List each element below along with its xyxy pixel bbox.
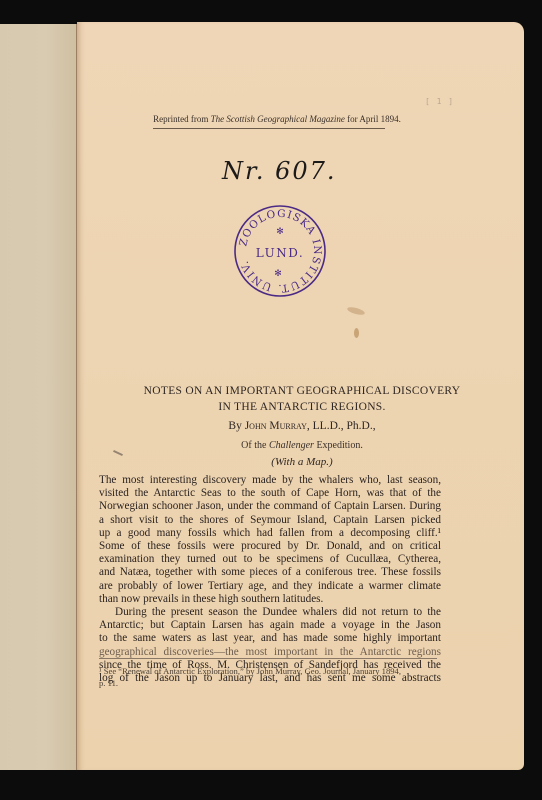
body-line: Antarctic; but Captain Larsen has again …: [99, 619, 441, 632]
body-line: up a good many fossils which had fallen …: [99, 527, 441, 540]
document-page: [ 1 ] Reprinted from The Scottish Geogra…: [77, 22, 524, 770]
body-line: Some of these fossils were procured by D…: [99, 540, 441, 553]
reprint-prefix: Reprinted from: [153, 114, 208, 124]
body-line: examination they turned out to be specim…: [99, 553, 441, 566]
affiliation-suffix: Expedition.: [316, 440, 362, 451]
title-line-2: IN THE ANTARCTIC REGIONS.: [97, 399, 507, 415]
author-byline: By John Murray, LL.D., Ph.D.,: [97, 420, 507, 432]
handwritten-accession-number: Nr. 607.: [222, 157, 337, 185]
with-map-text: (With a Map.): [271, 456, 332, 468]
body-line: to the same waters as last year, and has…: [99, 632, 441, 645]
author-name: John Murray: [245, 420, 307, 432]
body-line: are probably of lower Tertiary age, and …: [99, 580, 441, 593]
body-line: During the present season the Dundee wha…: [99, 606, 441, 619]
affiliation-ship: Challenger: [269, 440, 314, 451]
body-line: a short visit to the shores of Seymour I…: [99, 514, 441, 527]
body-line: than now prevails in these high southern…: [99, 593, 441, 606]
article-title: NOTES ON AN IMPORTANT GEOGRAPHICAL DISCO…: [97, 383, 507, 415]
body-line: geographical discoveries—the most import…: [99, 646, 441, 659]
svg-text:✻: ✻: [276, 227, 284, 237]
body-line: visited the Antarctic Seas to the south …: [99, 487, 441, 500]
body-line: The most interesting discovery made by t…: [99, 474, 441, 487]
paper-stain: [347, 306, 366, 316]
title-line-1: NOTES ON AN IMPORTANT GEOGRAPHICAL DISCO…: [97, 383, 507, 399]
footnote-line-2: p. 11.: [99, 677, 441, 689]
byline-by: By: [228, 420, 241, 432]
reprint-suffix: for April 1894.: [347, 114, 401, 124]
with-map-note: (With a Map.): [97, 456, 507, 468]
affiliation-prefix: Of the: [241, 440, 266, 451]
paper-stain: [354, 328, 359, 338]
body-line: Norwegian schooner Jason, under the comm…: [99, 500, 441, 513]
footnote: ¹ See “Renewal of Antarctic Exploration,…: [99, 665, 441, 689]
left-adjacent-page: [0, 24, 77, 770]
body-line: and Natæa, together with some pieces of …: [99, 566, 441, 579]
reprint-notice: Reprinted from The Scottish Geographical…: [147, 114, 407, 124]
reprint-underline: [153, 128, 385, 129]
article-body: The most interesting discovery made by t…: [99, 474, 441, 685]
author-affiliation: Of the Challenger Expedition.: [97, 440, 507, 451]
svg-text:✻: ✻: [274, 269, 282, 279]
footnote-rule: [99, 658, 437, 659]
library-stamp-icon: ZOOLOGISKA INSTITUT. UNIV. ✻ LUND. ✻: [233, 204, 327, 298]
faint-corner-marks: [ 1 ]: [425, 97, 454, 106]
stamp-center-text: LUND.: [256, 246, 304, 260]
author-degrees: , LL.D., Ph.D.,: [307, 420, 376, 432]
footnote-line-1: ¹ See “Renewal of Antarctic Exploration,…: [99, 665, 441, 677]
reprint-journal: The Scottish Geographical Magazine: [211, 114, 345, 124]
